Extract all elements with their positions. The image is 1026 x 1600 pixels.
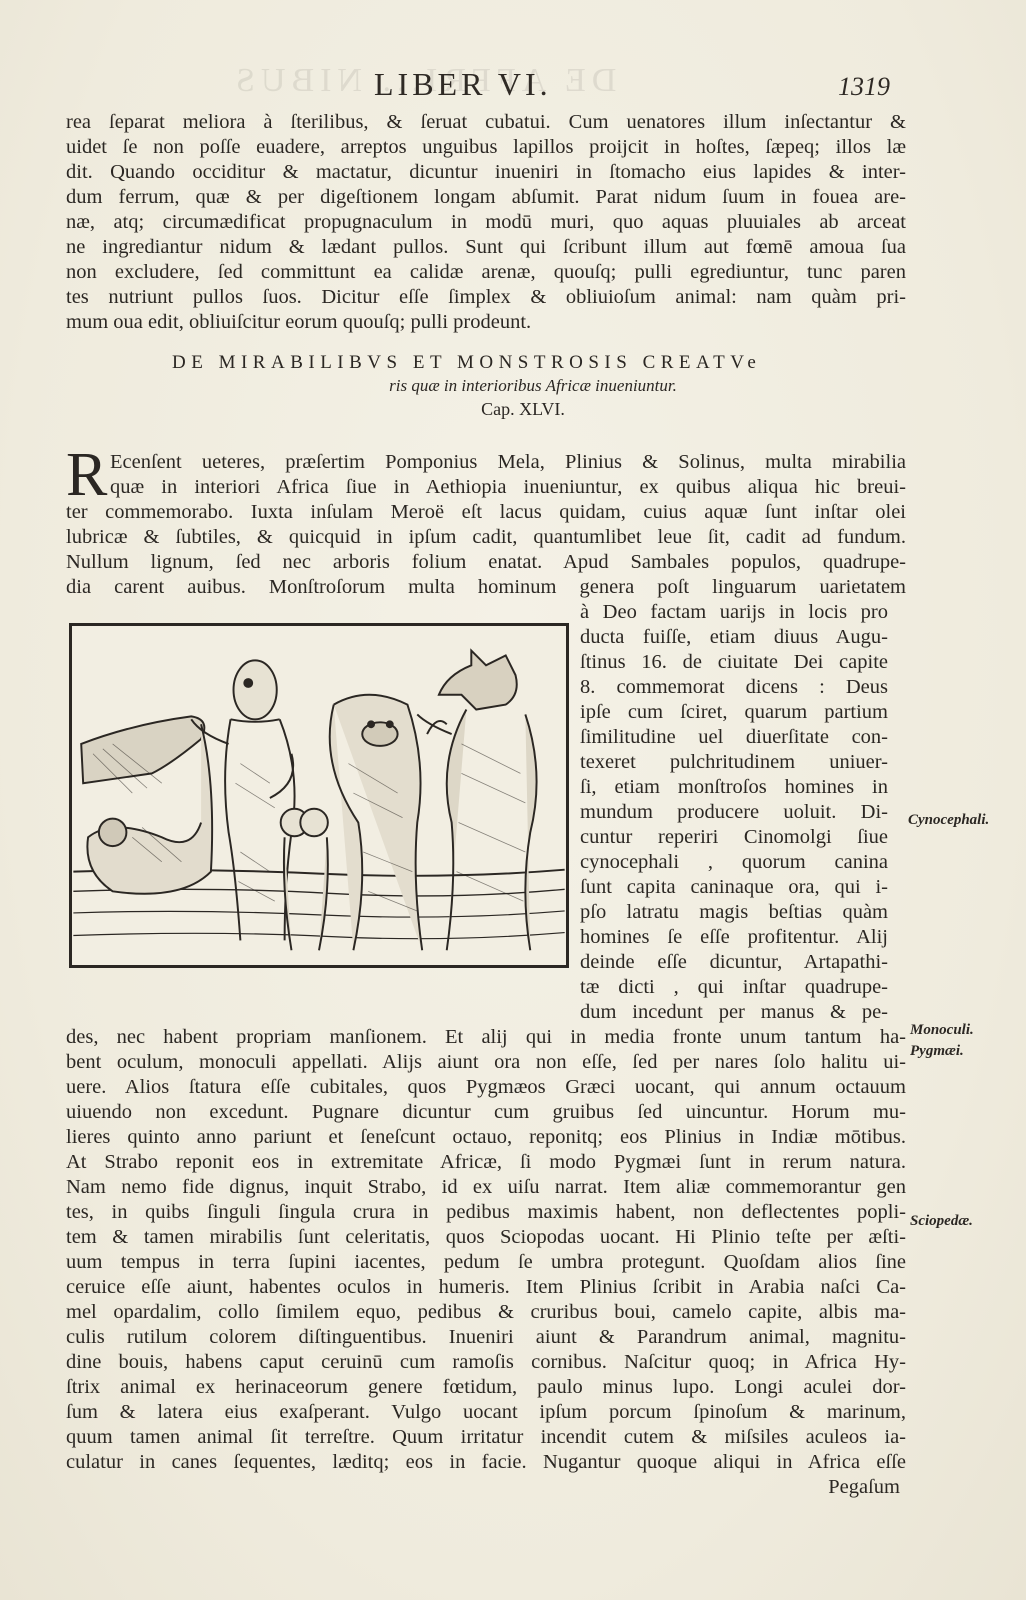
running-head: LIBER VI. (374, 66, 552, 103)
text-line: At Strabo reponit eos in extremitate Afr… (66, 1150, 906, 1175)
chapter-subtitle: ris quæ in interioribus Africæ inueniunt… (0, 376, 1026, 396)
text-line: dum ferrum, quæ & per digeſtionem longam… (66, 185, 906, 210)
catchword: Pegaſum (66, 1475, 906, 1500)
text-line: dit. Quando occiditur & mactatur, dicunt… (66, 160, 906, 185)
text-line: mundum producere uoluit. Di- (580, 800, 888, 825)
text-line: cuntur reperiri Cinomolgi ſiue (580, 825, 888, 850)
chapter-number: Cap. XLVI. (0, 399, 1026, 420)
text-line: mel opardalim, collo ſimilem equo, pedib… (66, 1300, 906, 1325)
text-line: ceruice eſſe aiunt, habentes oculos in h… (66, 1275, 906, 1300)
text-line: lubricæ & ſubtiles, & quicquid in ipſum … (66, 525, 906, 550)
text-line: texeret pulchritudinem uniuer- (580, 750, 888, 775)
text-line: ne ingrediantur nidum & lædant pullos. S… (66, 235, 906, 260)
margin-note-cynocephali: Cynocephali. (908, 812, 989, 829)
text-line: næ, atq; circumædificat propugnaculum in… (66, 210, 906, 235)
text-line: quum tamen animal ſit terreſtre. Quum ir… (66, 1425, 906, 1450)
text-line: cynocephali , quorum canina (580, 850, 888, 875)
text-line: uidet ſe non poſſe euadere, arreptos ung… (66, 135, 906, 160)
main-paragraph-continued: des, nec habent propriam manſionem. Et a… (66, 1025, 906, 1500)
text-line: Nullum lignum, ſed nec arboris folium en… (66, 550, 906, 575)
text-line: 8. commemorat dicens : Deus (580, 675, 888, 700)
margin-note-monoculi: Monoculi. (910, 1022, 974, 1039)
text-line: pſo latratu magis beſtias quàm (580, 900, 888, 925)
text-line: lieres quinto anno pariunt et ſeneſcunt … (66, 1125, 906, 1150)
margin-note-pygmaei: Pygmæi. (910, 1043, 964, 1060)
text-line: tæ dicti , qui inſtar quadrupe- (580, 975, 888, 1000)
text-line: tem & tamen mirabilis ſunt celeritatis, … (66, 1225, 906, 1250)
margin-note-sciopedae: Sciopedæ. (910, 1213, 973, 1230)
text-line: ipſe cum ſciret, quarum partium (580, 700, 888, 725)
woodcut-illustration (69, 623, 569, 968)
text-line: non excludere, ſed committunt ea calidæ … (66, 260, 906, 285)
text-line: dia carent auibus. Monſtroſorum multa ho… (66, 575, 906, 600)
text-line: homines ſe eſſe profitentur. Alij (580, 925, 888, 950)
column-beside-illustration: à Deo factam uarijs in locis pro ducta f… (580, 600, 888, 1025)
text-line: ſunt capita caninaque ora, qui i- (580, 875, 888, 900)
text-line: uum tempus in terra ſupini iacentes, ped… (66, 1250, 906, 1275)
text-line: bent oculum, monoculi appellati. Alijs a… (66, 1050, 906, 1075)
text-line: ſtinus 16. de ciuitate Dei capite (580, 650, 888, 675)
text-line: Nam nemo fide dignus, inquit Strabo, id … (66, 1175, 906, 1200)
page-number: 1319 (838, 72, 890, 102)
top-paragraph: rea ſeparat meliora à ſterilibus, & ſeru… (66, 110, 906, 335)
text-line: ter commemorabo. Iuxta inſulam Meroë eſt… (66, 500, 906, 525)
text-line: ſi, etiam monſtroſos homines in (580, 775, 888, 800)
text-line: deinde eſſe dicuntur, Artapathi- (580, 950, 888, 975)
text-line: des, nec habent propriam manſionem. Et a… (66, 1025, 906, 1050)
main-paragraph-start: Ecenſent ueteres, præſertim Pomponius Me… (66, 450, 906, 600)
book-page: DE AFFRI... NIBUS LIBER VI. 1319 rea ſep… (0, 0, 1026, 1600)
text-line: ſum & latera eius exaſperant. Vulgo uoca… (66, 1400, 906, 1425)
text-line: dine bouis, habens caput ceruinū cum ram… (66, 1350, 906, 1375)
text-line: mum oua edit, obliuiſcitur eorum quouſq;… (66, 310, 906, 335)
text-line: tes, in quibs ſinguli ſingula crura in p… (66, 1200, 906, 1225)
text-line: uere. Alios ſtatura eſſe cubitales, quos… (66, 1075, 906, 1100)
text-line: tes nutriunt pullos ſuos. Dicitur eſſe ſ… (66, 285, 906, 310)
text-line: à Deo factam uarijs in locis pro (580, 600, 888, 625)
text-line: culis rutilum colorem diſtinguentibus. I… (66, 1325, 906, 1350)
text-line: culatur in canes ſequentes, læditq; eos … (66, 1450, 906, 1475)
text-line: Ecenſent ueteres, præſertim Pomponius Me… (110, 450, 906, 475)
text-line: dum incedunt per manus & pe- (580, 1000, 888, 1025)
chapter-title: DE MIRABILIBVS ET MONSTROSIS CREATVe (172, 352, 892, 374)
text-line: ducta fuiſſe, etiam diuus Augu- (580, 625, 888, 650)
monstrous-races-woodcut-icon (72, 626, 566, 965)
text-line: uiuendo non excedunt. Pugnare dicuntur c… (66, 1100, 906, 1125)
text-line: ſimilitudine uel diuerſitate con- (580, 725, 888, 750)
text-line: rea ſeparat meliora à ſterilibus, & ſeru… (66, 110, 906, 135)
text-line: ſtrix animal ex herinaceorum genere fœti… (66, 1375, 906, 1400)
text-line: quæ in interiori Africa ſiue in Aethiopi… (110, 475, 906, 500)
